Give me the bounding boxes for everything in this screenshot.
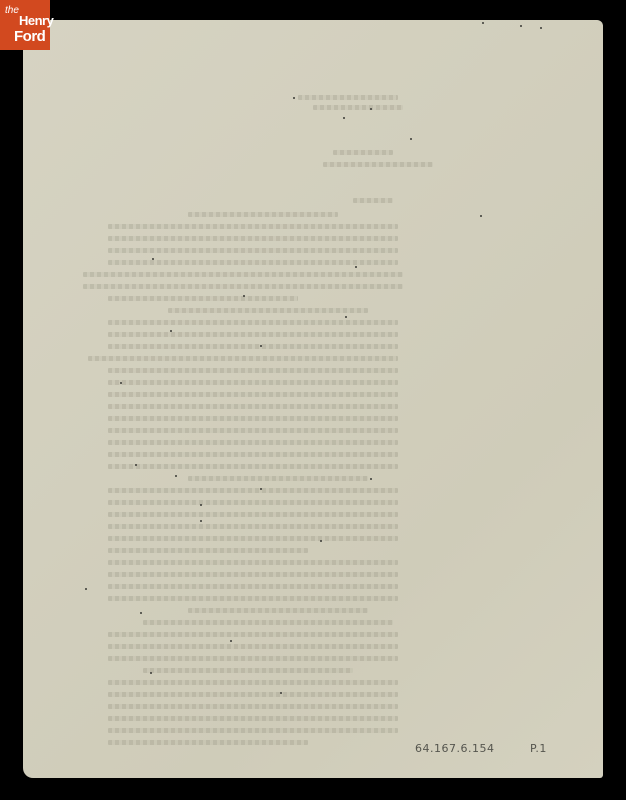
henry-ford-logo: the Henry Ford: [0, 0, 50, 50]
bleed-line: [108, 656, 398, 661]
bleed-line: [108, 536, 398, 541]
bleed-line: [108, 728, 398, 733]
ink-speck: [320, 540, 322, 542]
ink-speck: [200, 520, 202, 522]
ink-speck: [243, 295, 245, 297]
bleed-line: [108, 740, 308, 745]
ink-speck: [140, 612, 142, 614]
ink-speck: [120, 382, 122, 384]
bleed-line: [108, 512, 398, 517]
ink-speck: [260, 345, 262, 347]
bleed-line: [108, 644, 398, 649]
bleed-line: [88, 356, 398, 361]
bleed-line: [188, 476, 368, 481]
bleed-line: [353, 198, 393, 203]
bleed-line: [108, 560, 398, 565]
ink-speck: [345, 316, 347, 318]
bleed-line: [108, 572, 398, 577]
ink-speck: [260, 488, 262, 490]
bleed-line: [108, 344, 398, 349]
ink-speck: [150, 672, 152, 674]
bleed-line: [108, 380, 398, 385]
bleed-line: [83, 284, 403, 289]
ink-speck: [85, 588, 87, 590]
bleed-line: [108, 224, 398, 229]
bleed-line: [108, 296, 298, 301]
ink-speck: [410, 138, 412, 140]
bleed-line: [333, 150, 393, 155]
ink-speck: [540, 27, 542, 29]
ink-speck: [152, 258, 154, 260]
bleed-line: [188, 608, 368, 613]
bleed-line: [108, 368, 398, 373]
ink-speck: [343, 117, 345, 119]
logo-text-the: the: [5, 6, 19, 16]
bleed-line: [83, 272, 403, 277]
bleed-line: [188, 212, 338, 217]
bleed-line: [108, 236, 398, 241]
bleed-line: [108, 404, 398, 409]
document-page: 64.167.6.154 P.1: [23, 20, 603, 778]
page-number: P.1: [530, 742, 547, 755]
bleed-line: [108, 596, 398, 601]
bleed-line: [108, 524, 398, 529]
ink-speck: [480, 215, 482, 217]
logo-text-henry: Henry: [19, 14, 53, 27]
bleed-line: [108, 260, 398, 265]
ink-speck: [170, 330, 172, 332]
bleed-line: [108, 320, 398, 325]
bleed-line: [108, 440, 398, 445]
bleed-line: [108, 716, 398, 721]
bleed-line: [168, 308, 368, 313]
bleed-line: [143, 620, 393, 625]
ink-speck: [230, 640, 232, 642]
bleed-line: [108, 416, 398, 421]
bleed-through-text: [23, 20, 603, 778]
ink-speck: [280, 692, 282, 694]
bleed-line: [108, 692, 398, 697]
bleed-line: [108, 704, 398, 709]
bleed-line: [323, 162, 433, 167]
ink-speck: [175, 475, 177, 477]
bleed-line: [108, 464, 398, 469]
bleed-line: [108, 452, 398, 457]
bleed-line: [108, 584, 398, 589]
accession-number: 64.167.6.154: [415, 742, 494, 755]
bleed-line: [108, 548, 308, 553]
bleed-line: [108, 488, 398, 493]
bleed-line: [108, 428, 398, 433]
bleed-line: [298, 95, 398, 100]
bleed-line: [108, 248, 398, 253]
ink-speck: [370, 108, 372, 110]
ink-speck: [370, 478, 372, 480]
ink-speck: [520, 25, 522, 27]
bleed-line: [313, 105, 403, 110]
bleed-line: [108, 332, 398, 337]
ink-speck: [355, 266, 357, 268]
ink-speck: [482, 22, 484, 24]
ink-speck: [200, 504, 202, 506]
bleed-line: [108, 500, 398, 505]
bleed-line: [108, 632, 398, 637]
bleed-line: [108, 392, 398, 397]
bleed-line: [143, 668, 353, 673]
logo-text-ford: Ford: [14, 29, 45, 44]
ink-speck: [293, 97, 295, 99]
ink-speck: [135, 464, 137, 466]
bleed-line: [108, 680, 398, 685]
